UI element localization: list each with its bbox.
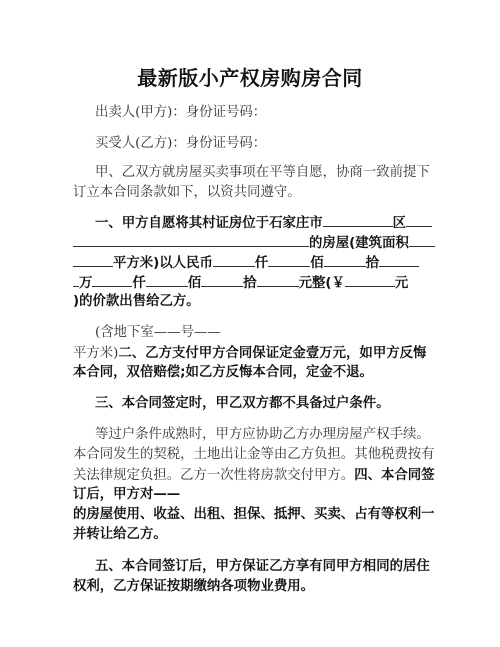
preamble-line-2: 订立本合同条款如下，以资共同遵守。: [73, 183, 301, 203]
unit-wan: 万: [79, 276, 92, 291]
transfer-line-3: 关法律规定负担。乙方一次性将房款交付甲方。四、本合同签: [73, 465, 435, 486]
blank[interactable]: [257, 272, 299, 287]
preamble-line-1: 甲、乙双方就房屋买卖事项在平等自愿，协商一致前提下: [95, 163, 430, 183]
unit-shi: 拾: [243, 276, 256, 291]
clause2-text: 二、乙方支付甲方合同保证定金壹万元，如甲方反悔: [118, 346, 426, 361]
blank[interactable]: [201, 272, 243, 287]
clause1-line-2: 的房屋(建筑面积: [73, 232, 435, 254]
seller-line: 出卖人(甲方)：身份证号码：: [95, 103, 266, 123]
clause1-line-4: 万仟佰拾元整(￥元: [73, 272, 408, 294]
address-blank[interactable]: [73, 232, 309, 247]
contract-page: 最新版小产权房购房合同 出卖人(甲方)：身份证号码： 买受人(乙方)：身份证号码…: [0, 0, 500, 647]
area-blank[interactable]: [409, 232, 435, 247]
unit-bai: 佰: [310, 256, 323, 271]
buyer-line: 买受人(乙方)：身份证号码：: [95, 134, 266, 154]
clause1-line-3: 平方米)以人民币仟佰拾: [73, 252, 419, 274]
clause5-line-1: 五、本合同签订后，甲方保证乙方享有同甲方相同的居住: [95, 557, 430, 577]
city-blank[interactable]: [323, 212, 393, 227]
yuan-zheng-label: 元整(￥: [299, 276, 345, 291]
unit-bai: 佰: [188, 276, 201, 291]
clause2-line-1: 平方米)二、乙方支付甲方合同保证定金壹万元，如甲方反悔: [73, 343, 426, 364]
amount-blank[interactable]: [345, 272, 395, 287]
clause1-line-1: 一、甲方自愿将其村证房位于石家庄市区: [95, 212, 432, 234]
price-label: 平方米)以人民币: [113, 256, 213, 271]
unit-qian: 仟: [132, 276, 145, 291]
blank[interactable]: [268, 252, 310, 267]
blank[interactable]: [379, 252, 419, 267]
transfer-text: 关法律规定负担。乙方一次性将房款交付甲方。: [73, 468, 354, 483]
clause1-text: 一、甲方自愿将其村证房位于石家庄市: [95, 216, 323, 231]
document-title: 最新版小产权房购房合同: [0, 62, 500, 91]
unit-qian: 仟: [255, 256, 268, 271]
clause2-line-2: 本合同，双倍赔偿;如乙方反悔本合同，定金不退。: [73, 363, 373, 383]
blank[interactable]: [92, 272, 132, 287]
clause4-line-4: 并转让给乙方。: [73, 525, 167, 545]
blank[interactable]: [213, 252, 255, 267]
district-label: 区: [393, 216, 406, 231]
clause1-line-5: )的价款出售给乙方。: [73, 292, 200, 312]
clause3: 三、本合同签定时，甲乙双方都不具备过户条件。: [95, 394, 390, 414]
area-label: 的房屋(建筑面积: [309, 236, 409, 251]
clause2-prefix: 平方米): [73, 346, 118, 361]
basement-line: (含地下室——号——: [95, 323, 221, 343]
transfer-line-2: 本合同发生的契税，土地出让金等由乙方负担。其他税费按有: [73, 445, 435, 465]
clause5-line-2: 权利，乙方保证按期缴纳各项物业费用。: [73, 577, 314, 597]
clause4-line-3: 的房屋使用、收益、出租、担保、抵押、买卖、占有等权利一: [73, 505, 435, 525]
district-blank[interactable]: [406, 212, 432, 227]
blank[interactable]: [324, 252, 366, 267]
area-blank-cont[interactable]: [73, 252, 113, 267]
yuan-label: 元: [395, 276, 408, 291]
transfer-line-1: 等过户条件成熟时，甲方应协助乙方办理房屋产权手续。: [95, 425, 430, 445]
clause4-start: 四、本合同签: [354, 468, 434, 483]
blank[interactable]: [146, 272, 188, 287]
unit-shi: 拾: [366, 256, 379, 271]
clause4-line-2: 订后，甲方对——: [73, 485, 180, 505]
